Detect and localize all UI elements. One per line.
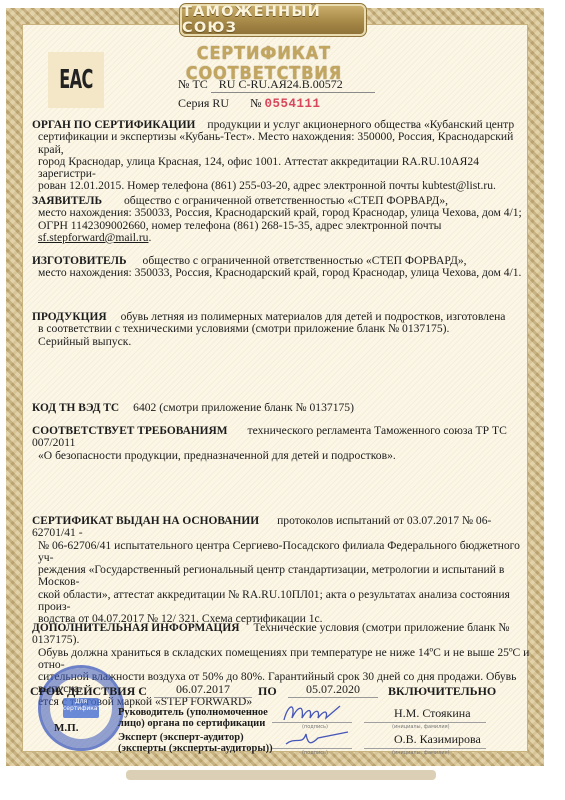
seal-place-label: М.П. bbox=[54, 722, 78, 734]
eac-mark: ЕАС bbox=[59, 65, 92, 95]
section-label: ДОПОЛНИТЕЛЬНАЯ ИНФОРМАЦИЯ bbox=[32, 622, 239, 634]
section-text: 6402 (смотри приложение бланк № 0137175) bbox=[133, 401, 354, 414]
section-basis: СЕРТИФИКАТ ВЫДАН НА ОСНОВАНИИпротоколов … bbox=[32, 515, 532, 626]
section-text: ской области», аттестат аккредитации № R… bbox=[32, 589, 532, 614]
printer-microtext-band bbox=[126, 770, 436, 780]
head-signature-icon bbox=[278, 700, 358, 726]
section-label: ИЗГОТОВИТЕЛЬ bbox=[32, 255, 127, 267]
validity-row: СРОК ДЕЙСТВИЯ С 06.07.2017 ПО 05.07.2020… bbox=[30, 682, 530, 700]
section-text: город Краснодар, улица Красная, 124, офи… bbox=[32, 156, 532, 181]
expert-signature-icon bbox=[282, 728, 352, 750]
section-label: ОРГАН ПО СЕРТИФИКАЦИИ bbox=[32, 119, 195, 131]
section-conformity: СООТВЕТСТВУЕТ ТРЕБОВАНИЯМтехнического ре… bbox=[32, 425, 532, 462]
tc-number: RU C-RU.АЯ24.В.00572 bbox=[211, 77, 375, 93]
section-text: продукции и услуг акционерного общества … bbox=[207, 118, 514, 131]
section-product: ПРОДУКЦИЯобувь летняя из полимерных мате… bbox=[32, 311, 532, 348]
valid-from-date: 06.07.2017 bbox=[154, 682, 252, 698]
expert-name: О.В. Казимирова bbox=[394, 732, 481, 747]
number-label: № bbox=[250, 96, 261, 110]
section-text: место нахождения: 350033, Россия, Красно… bbox=[32, 207, 532, 219]
tc-number-line: № ТС RU C-RU.АЯ24.В.00572 bbox=[178, 77, 375, 93]
validity-label: СРОК ДЕЙСТВИЯ С bbox=[30, 684, 147, 699]
section-text: сертификации и экспертизы «Кубань-Тест».… bbox=[32, 131, 532, 156]
section-text: общество с ограниченной ответственностью… bbox=[124, 194, 448, 207]
certification-stamp: Для сертификатов bbox=[38, 665, 124, 751]
section-hs-code: КОД ТН ВЭД ТС6402 (смотри приложение бла… bbox=[32, 402, 532, 414]
valid-to-label: ПО bbox=[258, 684, 277, 699]
applicant-email-link[interactable]: sf.stepforward@mail.ru bbox=[38, 231, 148, 244]
section-certification-body: ОРГАН ПО СЕРТИФИКАЦИИпродукции и услуг а… bbox=[32, 119, 532, 193]
section-text: Серийный выпуск. bbox=[32, 336, 532, 348]
blank-number: 0554111 bbox=[265, 97, 321, 111]
section-text: Обувь должна храниться в складских помещ… bbox=[32, 647, 532, 672]
section-text: реждения «Государственный региональный ц… bbox=[32, 564, 532, 589]
banner-text: ТАМОЖЕННЫЙ СОЮЗ bbox=[182, 4, 364, 36]
section-text: «О безопасности продукции, предназначенн… bbox=[32, 450, 532, 462]
section-text: в соответствии с техническими условиями … bbox=[32, 323, 532, 335]
inclusive-label: ВКЛЮЧИТЕЛЬНО bbox=[388, 684, 496, 699]
tc-label: № ТС bbox=[178, 77, 208, 91]
section-text: обувь летняя из полимерных материалов дл… bbox=[121, 310, 506, 323]
section-text: место нахождения: 350033, Россия, Красно… bbox=[32, 267, 532, 279]
section-label: СООТВЕТСТВУЕТ ТРЕБОВАНИЯМ bbox=[32, 425, 228, 437]
expert-name-line bbox=[364, 748, 486, 749]
series-line: Серия RU № 0554111 bbox=[178, 96, 321, 111]
section-manufacturer: ИЗГОТОВИТЕЛЬобщество с ограниченной отве… bbox=[32, 255, 532, 280]
head-name-line bbox=[364, 722, 486, 723]
eac-logo-icon: ЕАС bbox=[48, 52, 104, 108]
series-label: Серия RU bbox=[178, 96, 229, 110]
initials-caption: (инициалы, фамилия) bbox=[392, 724, 450, 730]
customs-union-banner: ТАМОЖЕННЫЙ СОЮЗ bbox=[180, 4, 366, 36]
section-text: общество с ограниченной ответственностью… bbox=[143, 254, 467, 267]
section-label: ПРОДУКЦИЯ bbox=[32, 311, 107, 323]
section-text: . bbox=[148, 231, 151, 244]
section-label: ЗАЯВИТЕЛЬ bbox=[32, 195, 102, 207]
section-label: СЕРТИФИКАТ ВЫДАН НА ОСНОВАНИИ bbox=[32, 515, 259, 527]
valid-to-date: 05.07.2020 bbox=[288, 682, 378, 698]
section-text: № 06-62706/41 испытательного центра Серг… bbox=[32, 540, 532, 565]
section-text: рован 12.01.2015. Номер телефона (861) 2… bbox=[32, 180, 532, 192]
signature-caption: (подпись) bbox=[302, 750, 328, 756]
stamp-label: Для сертификатов bbox=[63, 698, 99, 718]
head-name: Н.М. Стоякина bbox=[394, 706, 471, 721]
section-applicant: ЗАЯВИТЕЛЬобщество с ограниченной ответст… bbox=[32, 195, 532, 244]
initials-caption: (инициалы, фамилия) bbox=[392, 750, 450, 756]
section-label: КОД ТН ВЭД ТС bbox=[32, 402, 119, 414]
